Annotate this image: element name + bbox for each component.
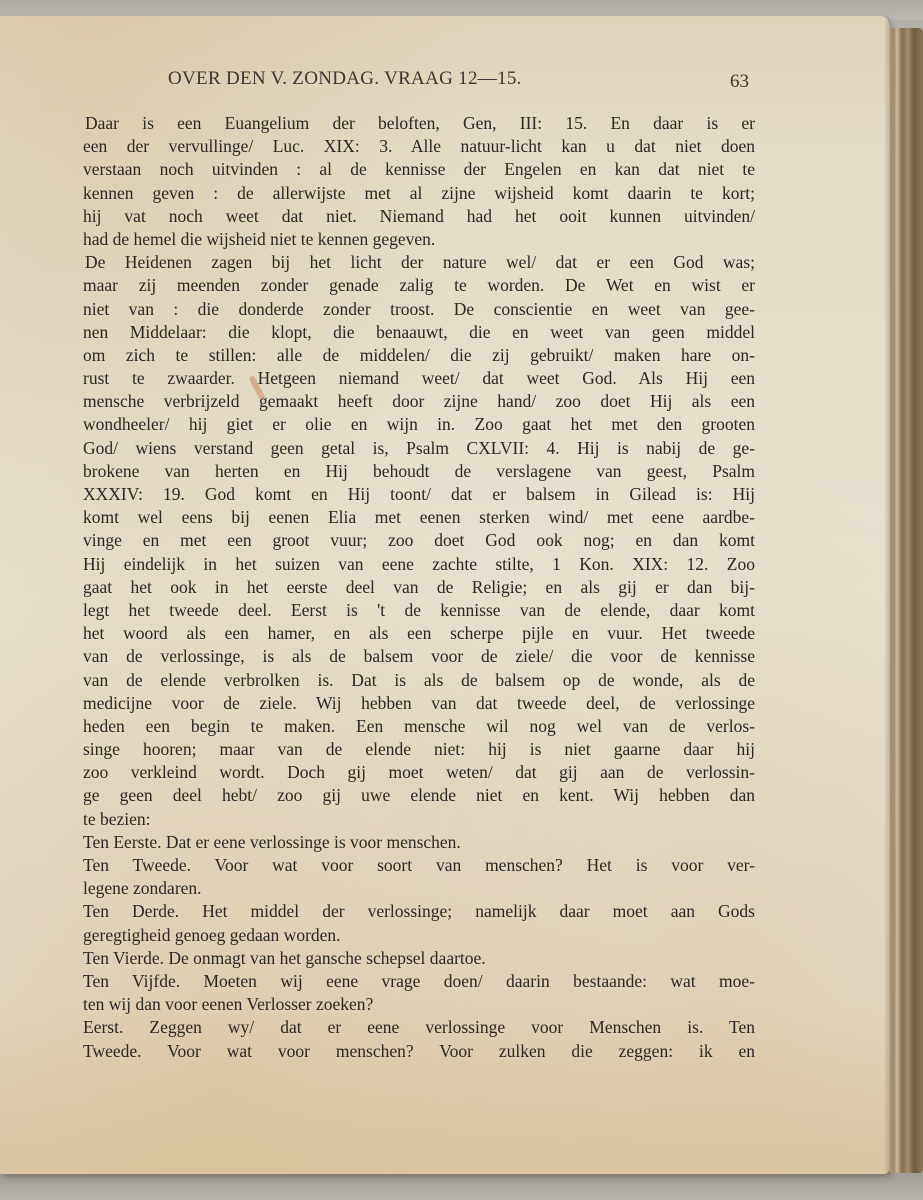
text-line: legt het tweede deel. Eerst is 't de ken… — [83, 599, 755, 622]
list-item-third-cont: geregtigheid genoeg gedaan worden. — [83, 924, 755, 947]
list-item-first: Ten Eerste. Dat er eene verlossinge is v… — [83, 831, 755, 854]
text-line: Hij eindelijk in het suizen van eene zac… — [83, 553, 755, 576]
page-edge-shadow — [884, 16, 890, 1174]
text-line: had de hemel die wijsheid niet te kennen… — [83, 228, 755, 251]
text-line: brokene van herten en Hij behoudt de ver… — [83, 460, 755, 483]
text-line: hij vat noch weet dat niet. Niemand had … — [83, 205, 755, 228]
text-line: Daar is een Euangelium der beloften, Gen… — [83, 112, 755, 135]
text-line: nen Middelaar: die klopt, die benaauwt, … — [83, 321, 755, 344]
text-line: heden een begin te maken. Een mensche wi… — [83, 715, 755, 738]
text-line: een der vervullinge/ Luc. XIX: 3. Alle n… — [83, 135, 755, 158]
book-page: OVER DEN V. ZONDAG. VRAAG 12—15. 63 Daar… — [0, 16, 890, 1174]
backdrop-bottom — [0, 1172, 923, 1200]
text-line: Tweede. Voor wat voor menschen? Voor zul… — [83, 1040, 755, 1063]
text-line: verstaan noch uitvinden : al de kennisse… — [83, 158, 755, 181]
text-line: mensche verbrijzeld gemaakt heeft door z… — [83, 390, 755, 413]
text-line: singe hooren; maar van de elende niet: h… — [83, 738, 755, 761]
running-head: OVER DEN V. ZONDAG. VRAAG 12—15. — [168, 68, 688, 90]
list-item-fifth: Ten Vijfde. Moeten wij eene vrage doen/ … — [83, 970, 755, 993]
text-line: zoo verkleind wordt. Doch gij moet weten… — [83, 761, 755, 784]
list-item-fifth-cont: ten wij dan voor eenen Verlosser zoeken? — [83, 993, 755, 1016]
text-line: gaat het ook in het eerste deel van de R… — [83, 576, 755, 599]
text-line: rust te zwaarder. Hetgeen niemand weet/ … — [83, 367, 755, 390]
text-line: XXXIV: 19. God komt en Hij toont/ dat er… — [83, 483, 755, 506]
text-line: om zich te stillen: alle de middelen/ di… — [83, 344, 755, 367]
list-item-second: Ten Tweede. Voor wat voor soort van mens… — [83, 854, 755, 877]
text-line: het woord als een hamer, en als een sche… — [83, 622, 755, 645]
list-item-second-cont: legene zondaren. — [83, 877, 755, 900]
text-line: Eerst. Zeggen wy/ dat er eene verlossing… — [83, 1016, 755, 1039]
text-line: God/ wiens verstand geen getal is, Psalm… — [83, 437, 755, 460]
list-item-fourth: Ten Vierde. De onmagt van het gansche sc… — [83, 947, 755, 970]
text-line: van de verlossinge, is als de balsem voo… — [83, 645, 755, 668]
text-line: van de elende verbrolken is. Dat is als … — [83, 669, 755, 692]
text-line: niet van : die donderde zonder troost. D… — [83, 298, 755, 321]
text-line: wondheeler/ hij giet er olie en wijn in.… — [83, 413, 755, 436]
text-line: vinge en met een groot vuur; zoo doet Go… — [83, 529, 755, 552]
text-line: De Heidenen zagen bij het licht der natu… — [83, 251, 755, 274]
text-line: kennen geven : de allerwijste met al zij… — [83, 182, 755, 205]
text-line: medicijne voor de ziele. Wij hebben van … — [83, 692, 755, 715]
text-line: ge geen deel hebt/ zoo gij uwe elende ni… — [83, 784, 755, 807]
body-text: Daar is een Euangelium der beloften, Gen… — [83, 112, 755, 1063]
text-line: maar zij meenden zonder genade zalig te … — [83, 274, 755, 297]
page-number: 63 — [730, 71, 749, 93]
text-line: te bezien: — [83, 808, 755, 831]
list-item-third: Ten Derde. Het middel der verlossinge; n… — [83, 900, 755, 923]
text-line: komt wel eens bij eenen Elia met eenen s… — [83, 506, 755, 529]
